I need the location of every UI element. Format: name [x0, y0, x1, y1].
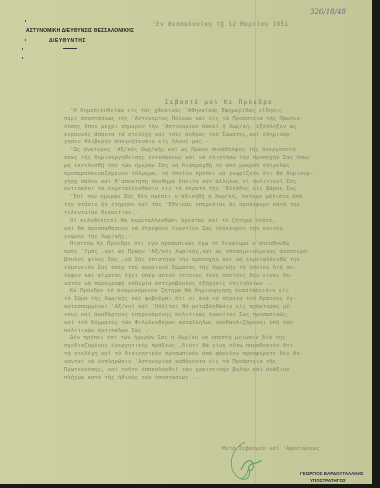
body-line: πλῆγμα κατά τῆς ἠθικῆς των ὑποστάσεως .- — [64, 375, 364, 383]
document-page: 326/18/48 'Εν Θεσσαλονίκη τῇ 12 Μαρτίου … — [0, 0, 372, 484]
body-line: ἀντίπαλοι τά ἐκμεταλλευθῶσιν εἰς τό πέρα… — [64, 186, 364, 194]
body-line: ούσης ὅπου μέχρι σήμερον τήν 'Αστυνομίαν… — [64, 124, 364, 132]
body-line: Δέν πρέπει ἐπί τῶν ἡμερῶν Σας ἡ Χωρ/κή ν… — [64, 335, 364, 343]
margin-mark — [22, 48, 23, 50]
body-line: Πρωτευούσης, καί τοῦτο ἐπακολουθεῖ τήν χ… — [64, 367, 364, 375]
body-line: Πιστεύω Κε Πρόεδρε ὅτι ἐγώ προσωπικῶς ἔχ… — [64, 241, 364, 249]
body-line: περί ἀποστάσεως τῆς 'Αστυνομίας Πόλεων κ… — [64, 116, 364, 124]
body-line: 'Επί τῶν ἡμερῶν Σας δέν πρέπει ν'ἀδικηθῇ… — [64, 194, 364, 202]
body-line: εὐμένειάν Σας ὑπέρ τοῦ ἀρωγικοῦ Σώματος … — [64, 265, 364, 273]
letterhead-underline — [63, 48, 77, 49]
body-line: Οἱ κελοθέλητοί θά ἐκμεταλλευθῶσι ἀρεστῶς… — [64, 218, 364, 226]
body-line: νατόν νά παραγραφῇ οὐδεμία ἀστεροβουλος … — [64, 281, 364, 289]
body-line: γνώμην τῆς Χωρ/κῆς.- — [64, 234, 364, 242]
body-line: σεως τῆς δημιουργηθείσης ἐντυπώσεως καί … — [64, 155, 364, 163]
letter-body: 'Η δημοσιευθεῖσα εἰς τάς χθεσινάς 'Αθηνα… — [64, 108, 364, 383]
body-line: κεραυνός ἅπαντα τά στελέχη καί τοὺς ἀνδρ… — [64, 132, 364, 140]
signatory-name-stamp: ΓΕΩΡΓΙΟΣ ΒΑΡΔΟΥΤΑΛΑΚΗΣ — [300, 471, 364, 476]
margin-mark — [25, 20, 26, 22]
margin-mark — [22, 57, 23, 59]
body-line: νανται νά ἐκπληρῶσιν 'Αστυνομικά καθήκον… — [64, 359, 364, 367]
body-line: πολιτικῶν ἀντιπάλων Σας .- — [64, 328, 364, 336]
body-line: 'Ως ἀνώτερος 'Αξ/κός Χωρ/κῆς καί ὡς Πρώη… — [64, 147, 364, 155]
margin-mark — [25, 39, 26, 41]
body-line: προπαρασκευαζόμενον τόλμημα, τό ὁποῖον π… — [64, 171, 364, 179]
body-line: Κε Πρόεδρε τό ἀναμενόμενον ζήτημα θά δημ… — [64, 288, 364, 296]
letterhead-title: ΔΙΕΥΘΥΝΤΗΣ — [49, 38, 86, 44]
body-line: πρός 'Υμᾶς ,καί ὡς Πρώην 'Αξ/κός Χωρ/κῆς… — [64, 249, 364, 257]
body-line: τελευταίαν δεκαετίαν.- — [64, 210, 364, 218]
body-line: μή ἐκτελεσθῇ ὑπό τῶν ἡμερῶν Σας νά διαπρ… — [64, 163, 364, 171]
salutation: Σεβαστέ μοι Κε Πρόεδρε — [165, 99, 273, 106]
body-line: καί θά προσπαθήσουν νά στρέψουν ἐναντίον… — [64, 226, 364, 234]
body-line: σχεδιαζομένης ἐνεργητικῆς πράξεως ,διότι… — [64, 343, 364, 351]
body-line: νους καί ἀκαθάρτους ἐπηρεασμένης πολιτικ… — [64, 312, 364, 320]
reference-number: 326/18/48 — [310, 8, 346, 16]
body-line: καί τοῦ Κόμματος τῶν Φιλελευθέρων καταλλ… — [64, 320, 364, 328]
body-line: λήψεν καί αἵματος ἔχει ὑπέρ αὐτοῦ τέτοια… — [64, 273, 364, 281]
body-line: τά στελέχη καί τό διοικητικόν προσωπικόν… — [64, 351, 364, 359]
body-line: τήν στάσιν ἥν ἐτήρησε καί τάς 'Εθνικάς ὑ… — [64, 202, 364, 210]
handwritten-signature-icon — [225, 440, 285, 482]
body-line: βουλος φίλος Σας ,νά Σᾶς ἐπιστήσω τήν πρ… — [64, 257, 364, 265]
body-line: γήσῃ σάλον καί θ'ἀποκτήσῃ σύνθημα ἔπειτα… — [64, 179, 364, 187]
signatory-rank-stamp: ΥΠΟΣΤΡΑΤΗΓΟΣ — [310, 478, 346, 483]
body-line: 'Η δημοσιευθεῖσα εἰς τάς χθεσινάς 'Αθηνα… — [64, 108, 364, 116]
body-line: τό Σῶμα τῆς Χωρ/κῆς καί φοβοῦμαι ὅτι οἱ … — [64, 296, 364, 304]
letterhead-organization: ΑΣΤΥΝΟΜΙΚΗ ΔΙΕΥΘΥΝΣΙΣ ΘΕΣΣΑΛΟΝΙΚΗΣ — [26, 28, 134, 34]
body-line: γησεν θλιβερήν ἀπογοήτευσιν εἰς ὅλους μα… — [64, 139, 364, 147]
body-line: κατεσπαρμένοι 'Αξ/κοί καί 'Οπλῖται θά με… — [64, 304, 364, 312]
date-line: 'Εν Θεσσαλονίκη τῇ 12 Μαρτίου 1951 — [152, 21, 288, 28]
